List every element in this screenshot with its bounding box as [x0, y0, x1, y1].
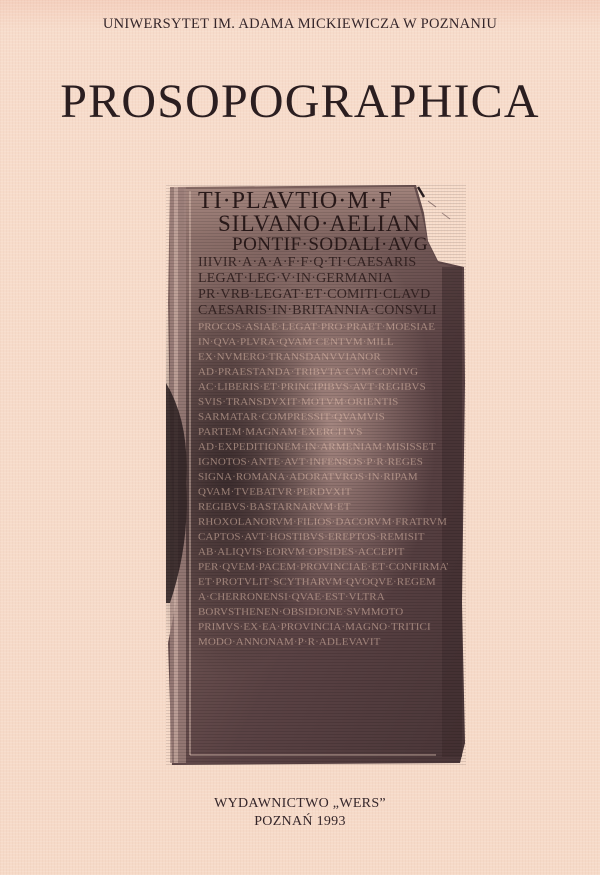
- publisher-name: WYDAWNICTWO „WERS”: [0, 795, 600, 813]
- inscribed-stone-tablet-image: TI·PLAVTIO·M·F SILVANO·AELIAN PONTIF·SOD…: [166, 183, 466, 765]
- publication-place-year: POZNAŃ 1993: [0, 813, 600, 831]
- institution-name: UNIWERSYTET IM. ADAMA MICKIEWICZA W POZN…: [0, 16, 600, 33]
- publisher-block: WYDAWNICTWO „WERS” POZNAŃ 1993: [0, 795, 600, 831]
- stone-tablet-graphic: [166, 183, 466, 765]
- book-title: PROSOPOGRAPHICA: [0, 78, 600, 126]
